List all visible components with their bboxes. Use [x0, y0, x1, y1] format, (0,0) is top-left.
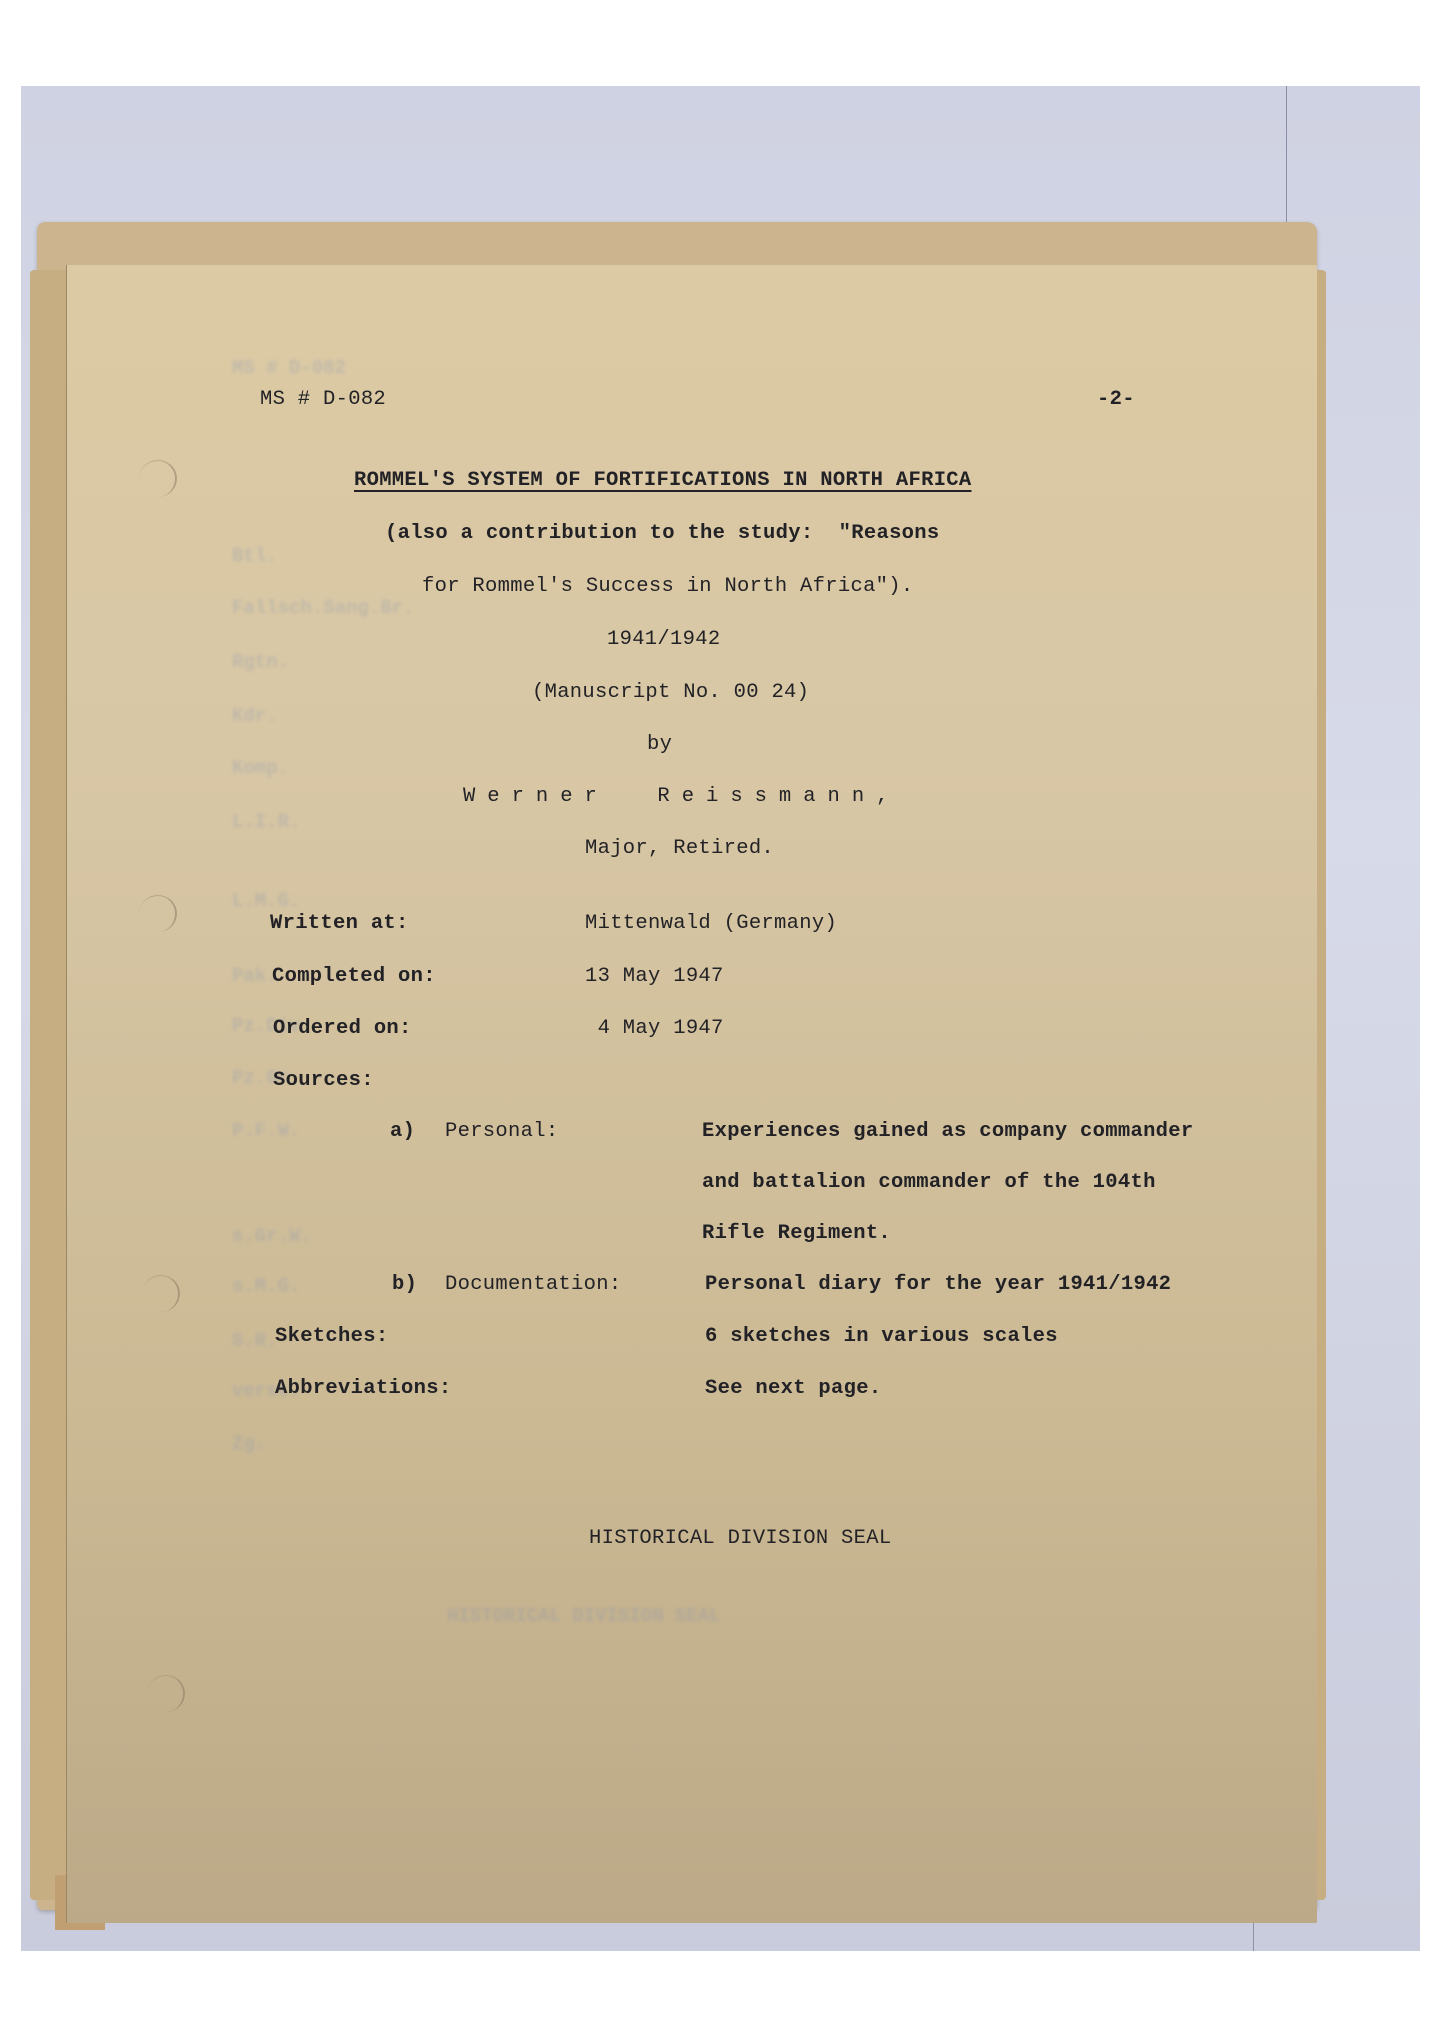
bleed-row: P.F.W.	[232, 1120, 300, 1142]
personal-label: Personal:	[445, 1120, 558, 1143]
bleed-row: Zg.	[232, 1433, 266, 1455]
bleed-row: L.I.R.	[232, 811, 300, 833]
personal-line-3: Rifle Regiment.	[702, 1222, 891, 1245]
bleed-row: Btl.	[232, 545, 278, 567]
page-number: -2-	[1097, 388, 1135, 411]
bleed-row: L.M.G.	[232, 890, 300, 912]
bleed-row: Rgtn.	[232, 651, 289, 673]
bleed-through-seal: HISTORICAL DIVISION SEAL	[447, 1605, 721, 1627]
author-rank: Major, Retired.	[585, 837, 774, 860]
documentation-label: Documentation:	[445, 1273, 621, 1296]
sketches-value: 6 sketches in various scales	[705, 1325, 1058, 1348]
abbreviations-value: See next page.	[705, 1377, 881, 1400]
personal-line-1: Experiences gained as company commander	[702, 1120, 1193, 1143]
document-page: MS # D-082 Btl. Fallsch.Sang.Br. Rgtn. K…	[66, 265, 1317, 1923]
written-at-label: Written at:	[270, 912, 409, 935]
punch-hole-icon	[142, 1275, 180, 1312]
manuscript-number: (Manuscript No. 00 24)	[532, 681, 809, 704]
ms-number: MS # D-082	[260, 388, 386, 411]
subtitle-line-1: (also a contribution to the study: "Reas…	[385, 522, 940, 545]
bleed-row: Fallsch.Sang.Br.	[232, 597, 414, 619]
punch-hole-icon	[139, 895, 177, 932]
by-label: by	[647, 733, 672, 756]
document-title: ROMMEL'S SYSTEM OF FORTIFICATIONS IN NOR…	[354, 469, 972, 492]
bleed-row: Pak.	[232, 965, 278, 987]
sketches-label: Sketches:	[275, 1325, 388, 1348]
punch-hole-icon	[139, 460, 177, 497]
bleed-row: s.M.G.	[232, 1275, 300, 1297]
bleed-row: s.Gr.W.	[232, 1225, 312, 1247]
abbreviations-label: Abbreviations:	[275, 1377, 451, 1400]
subtitle-line-2: for Rommel's Success in North Africa").	[422, 575, 913, 598]
bleed-through-header: MS # D-082	[232, 357, 346, 379]
bleed-row: S.R.	[232, 1330, 278, 1352]
written-at-value: Mittenwald (Germany)	[585, 912, 837, 935]
completed-on-label: Completed on:	[272, 965, 436, 988]
bleed-row: Komp.	[232, 757, 289, 779]
completed-on-value: 13 May 1947	[585, 965, 724, 988]
personal-line-2: and battalion commander of the 104th	[702, 1171, 1156, 1194]
ordered-on-label: Ordered on:	[273, 1017, 412, 1040]
punch-hole-icon	[147, 1675, 185, 1712]
years: 1941/1942	[607, 628, 720, 651]
ordered-on-value: 4 May 1947	[585, 1017, 724, 1040]
personal-marker: a)	[390, 1120, 415, 1143]
documentation-value: Personal diary for the year 1941/1942	[705, 1273, 1171, 1296]
bleed-row: Kdr.	[232, 705, 278, 727]
sources-label: Sources:	[273, 1069, 374, 1092]
documentation-marker: b)	[392, 1273, 417, 1296]
author-name: Werner Reissmann,	[463, 785, 900, 808]
historical-division-seal: HISTORICAL DIVISION SEAL	[589, 1527, 891, 1550]
